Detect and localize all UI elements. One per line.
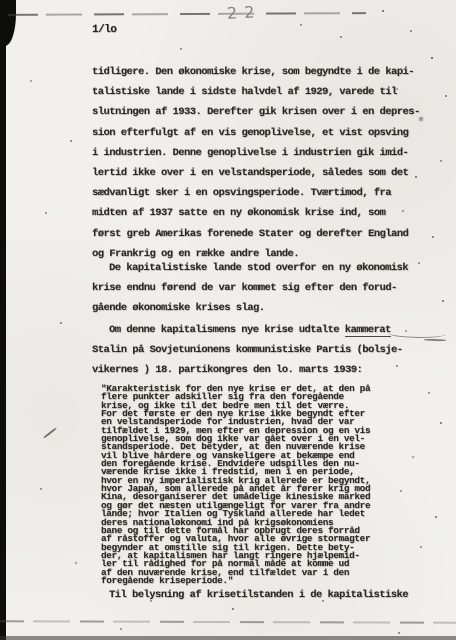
text-line: talistiske lande i sidste halvdel af 192… [92, 82, 432, 102]
text-line: midten af 1937 satte en ny økonomisk kri… [92, 203, 432, 223]
stalin-quote-block: "Karakteristisk for den nye krise er det… [101, 385, 421, 585]
text-line: lertid ikke over i en velstandsperiode, … [92, 163, 432, 183]
paragraph-crisis-history: tidligere. Den økonomiske krise, som beg… [92, 62, 432, 264]
text-line: først greb Amerikas forenede Stater og d… [92, 224, 432, 244]
scan-fold-line-bottom [0, 620, 456, 624]
text-line: Om denne kapitalismens nye krise udtalte… [92, 320, 432, 340]
text-line: tidligere. Den økonomiske krise, som beg… [92, 62, 432, 82]
text-line: vikernes ) 18. partikongres den lo. mart… [92, 360, 432, 380]
scan-corner-blob [0, 0, 16, 46]
handwritten-page-number: 22 [227, 2, 262, 23]
text-line: Stalin på Sovjetunionens kommunistiske P… [92, 340, 432, 360]
paragraph-new-crisis: De kapitalistiske lande stod overfor en … [92, 258, 432, 319]
text-line: sædvanligt sker i en opsvingsperiode. Tv… [92, 183, 432, 203]
underlined-word-kammerat: kammerat [345, 324, 391, 337]
document-reference: 1/lo [92, 24, 116, 36]
scan-fold-line-top [8, 12, 366, 16]
text-line: krise endnu førend de var kommet sig eft… [92, 278, 432, 298]
text-line: sion efterfulgt af en vis genoplivelse, … [92, 123, 432, 143]
text-line: foregående kriseperiode." [101, 577, 421, 585]
text-line: slutningen af 1933. Derefter gik krisen … [92, 102, 432, 122]
pencil-margin-stroke [43, 427, 57, 438]
scan-edge-bottom [0, 636, 456, 640]
text-segment: Om denne kapitalismens nye krise udtalte [109, 324, 345, 336]
text-line: i industrien. Denne genoplivelse i indus… [92, 143, 432, 163]
scan-edge-left [0, 0, 6, 640]
closing-line: Til belysning af krisetilstanden i de ka… [92, 589, 408, 601]
text-line: De kapitalistiske lande stod overfor en … [92, 258, 432, 278]
paragraph-stalin-speech-intro: Om denne kapitalismens nye krise udtalte… [92, 320, 432, 381]
text-line: gående økonomiske krises slag. [92, 298, 432, 318]
scanned-document-page: 22 1/lo tidligere. Den økonomiske krise,… [0, 0, 456, 640]
